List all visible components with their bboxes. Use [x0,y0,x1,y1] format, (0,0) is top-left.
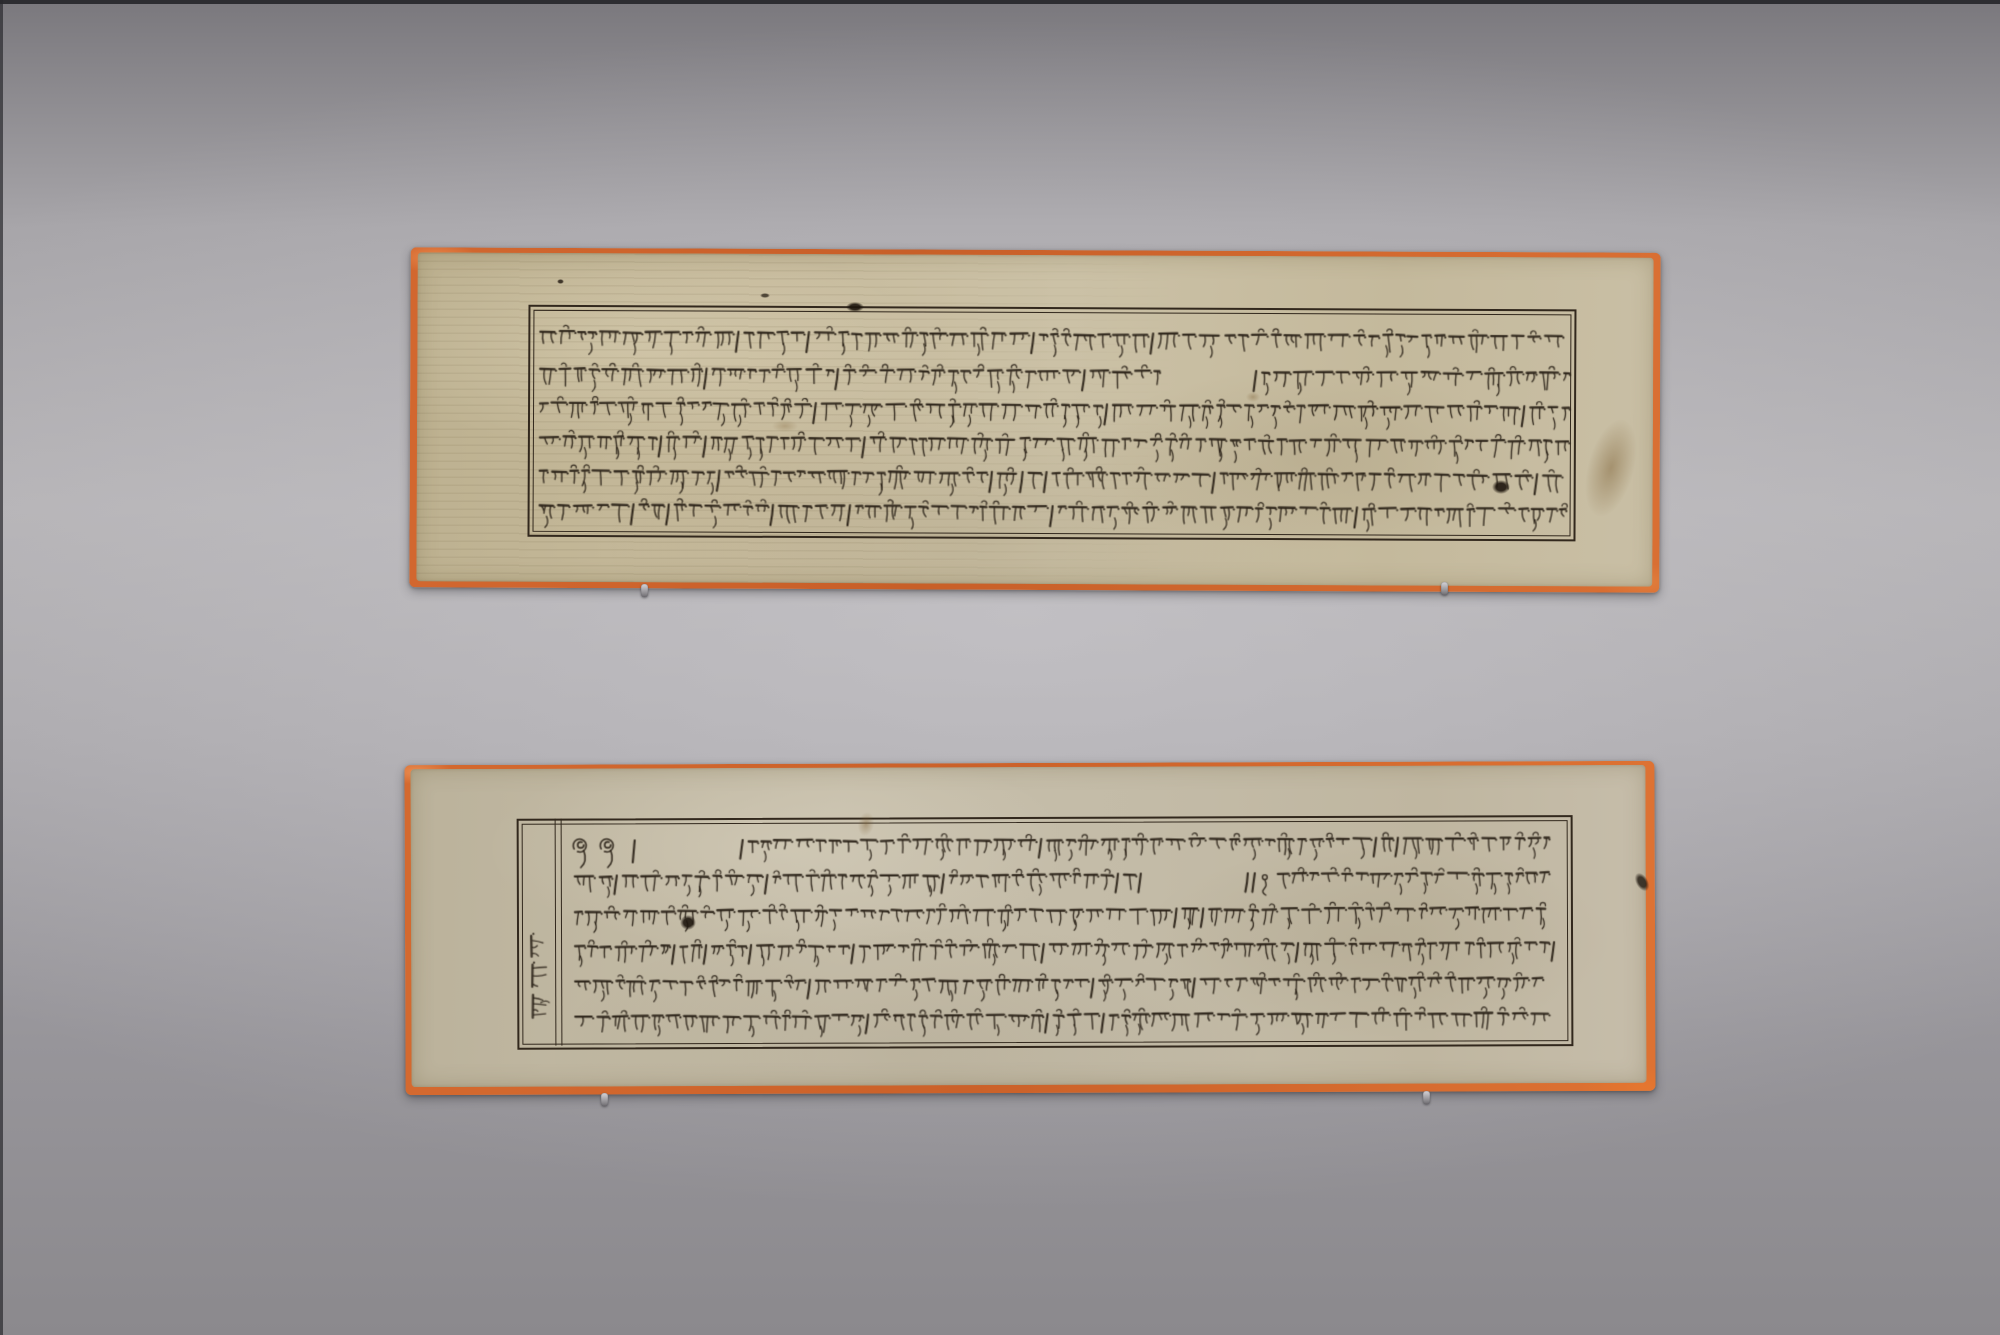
ink-blob [846,302,864,312]
mounting-pin [1441,582,1448,595]
mounting-pin [1423,1091,1430,1104]
mounting-pin [601,1093,608,1106]
mounting-pin [641,584,648,597]
ink-speck [557,279,564,284]
bottom-manuscript-leaf [404,761,1655,1095]
brown-smear [1246,392,1260,402]
top-manuscript-leaf [409,247,1660,592]
brown-smear [772,420,798,432]
ink-blob [1492,480,1510,494]
ink-speck [760,293,770,298]
photo-background [0,0,2000,1335]
top-leaf-tibetan-text [409,247,1660,592]
ink-blob [680,915,696,930]
bottom-leaf-tibetan-text [404,761,1655,1095]
